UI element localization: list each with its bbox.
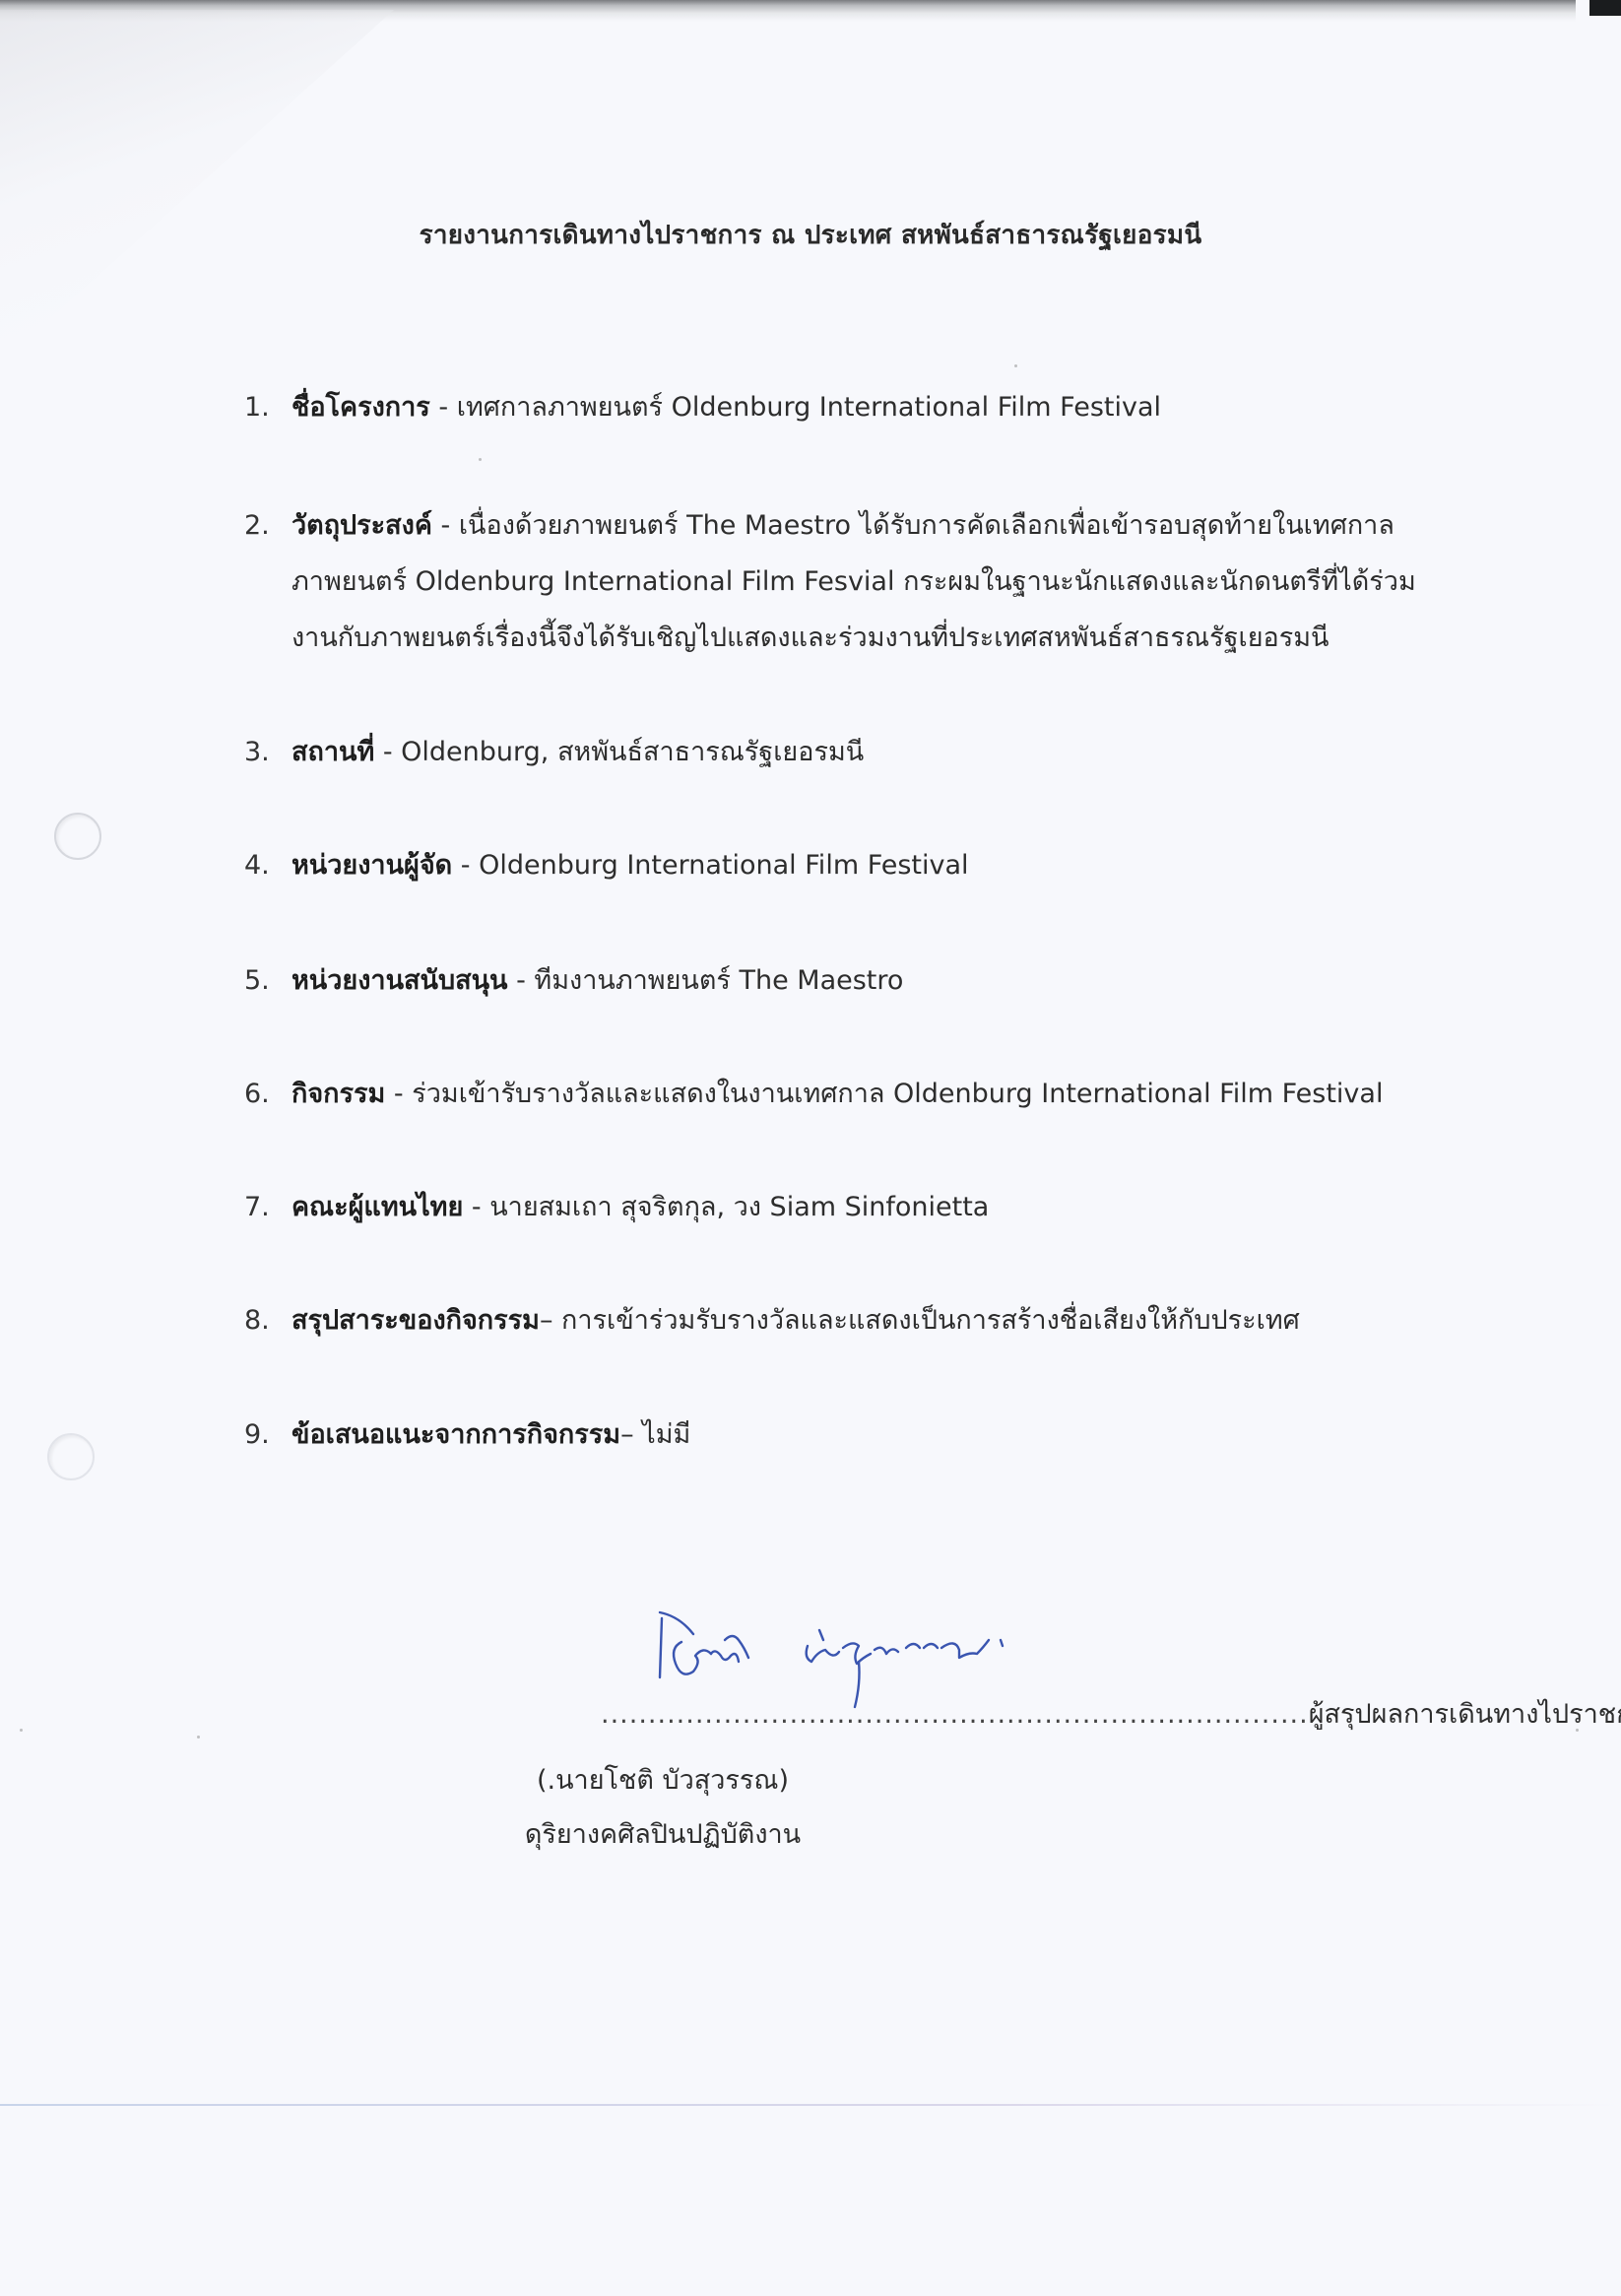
item-text: - Oldenburg International Film Festival [452,850,968,881]
report-item: 1. ชื่อโครงการ - เทศกาลภาพยนตร์ Oldenbur… [244,379,1456,435]
signatory-position: ดุริยางคศิลปินปฏิบัติงาน [0,1812,1621,1855]
item-text: - เทศกาลภาพยนตร์ Oldenburg International… [430,392,1161,423]
report-item: 9. ข้อเสนอแนะจากการกิจกรรม– ไม่มี [244,1407,1456,1463]
item-number: 6. [244,1066,286,1122]
scan-page-fold [0,10,394,364]
signature-role: ผู้สรุปผลการเดินทางไปราชการ [1309,1699,1621,1730]
report-item: 4. หน่วยงานผู้จัด - Oldenburg Internatio… [244,837,1456,893]
item-label: ข้อเสนอแนะจากการกิจกรรม [292,1419,620,1450]
item-number: 3. [244,724,286,780]
item-label: กิจกรรม [292,1079,385,1109]
item-label: คณะผู้แทนไทย [292,1192,463,1222]
item-text: - เนื่องด้วยภาพยนตร์ The Maestro ได้รับก… [292,510,1416,653]
item-number: 2. [244,497,286,554]
scan-line [0,2104,1621,2106]
report-item: 7. คณะผู้แทนไทย - นายสมเถา สุจริตกุล, วง… [244,1179,1456,1235]
item-number: 7. [244,1179,286,1235]
scan-speck [479,458,482,461]
item-number: 9. [244,1407,286,1463]
item-text: - Oldenburg, สหพันธ์สาธารณรัฐเยอรมนี [374,737,864,767]
item-label: วัตถุประสงค์ [292,510,432,541]
scan-speck [20,1729,23,1732]
item-label: ชื่อโครงการ [292,392,430,423]
item-text: – ไม่มี [620,1419,690,1450]
item-text: - ทีมงานภาพยนตร์ The Maestro [508,965,904,996]
item-label: หน่วยงานสนับสนุน [292,965,508,996]
punch-hole [54,813,101,860]
item-text: - นายสมเถา สุจริตกุล, วง Siam Sinfoniett… [463,1192,989,1222]
scan-corner [1589,0,1621,16]
signature-line: ........................................… [601,1692,1621,1735]
punch-hole [47,1433,95,1480]
scan-speck [1014,364,1017,367]
report-item: 3. สถานที่ - Oldenburg, สหพันธ์สาธารณรัฐ… [244,724,1456,780]
item-number: 1. [244,379,286,435]
item-text: – การเข้าร่วมรับรางวัลและแสดงเป็นการสร้า… [540,1305,1300,1336]
item-number: 8. [244,1292,286,1348]
item-number: 5. [244,952,286,1009]
report-title: รายงานการเดินทางไปราชการ ณ ประเทศ สหพันธ… [0,215,1621,255]
signatory-name: (.นายโชติ บัวสุวรรณ) [0,1758,1621,1801]
item-label: สถานที่ [292,737,374,767]
report-item: 8. สรุปสาระของกิจกรรม– การเข้าร่วมรับราง… [244,1292,1456,1348]
report-item: 5. หน่วยงานสนับสนุน - ทีมงานภาพยนตร์ The… [244,952,1456,1009]
signature-dots: ........................................… [601,1699,1309,1730]
item-label: หน่วยงานผู้จัด [292,850,452,881]
item-number: 4. [244,837,286,893]
item-label: สรุปสาระของกิจกรรม [292,1305,540,1336]
report-item: 6. กิจกรรม - ร่วมเข้ารับรางวัลและแสดงในง… [244,1066,1456,1122]
item-text: - ร่วมเข้ารับรางวัลและแสดงในงานเทศกาล Ol… [385,1079,1383,1109]
scan-speck [197,1736,200,1738]
report-item: 2. วัตถุประสงค์ - เนื่องด้วยภาพยนตร์ The… [244,497,1456,666]
